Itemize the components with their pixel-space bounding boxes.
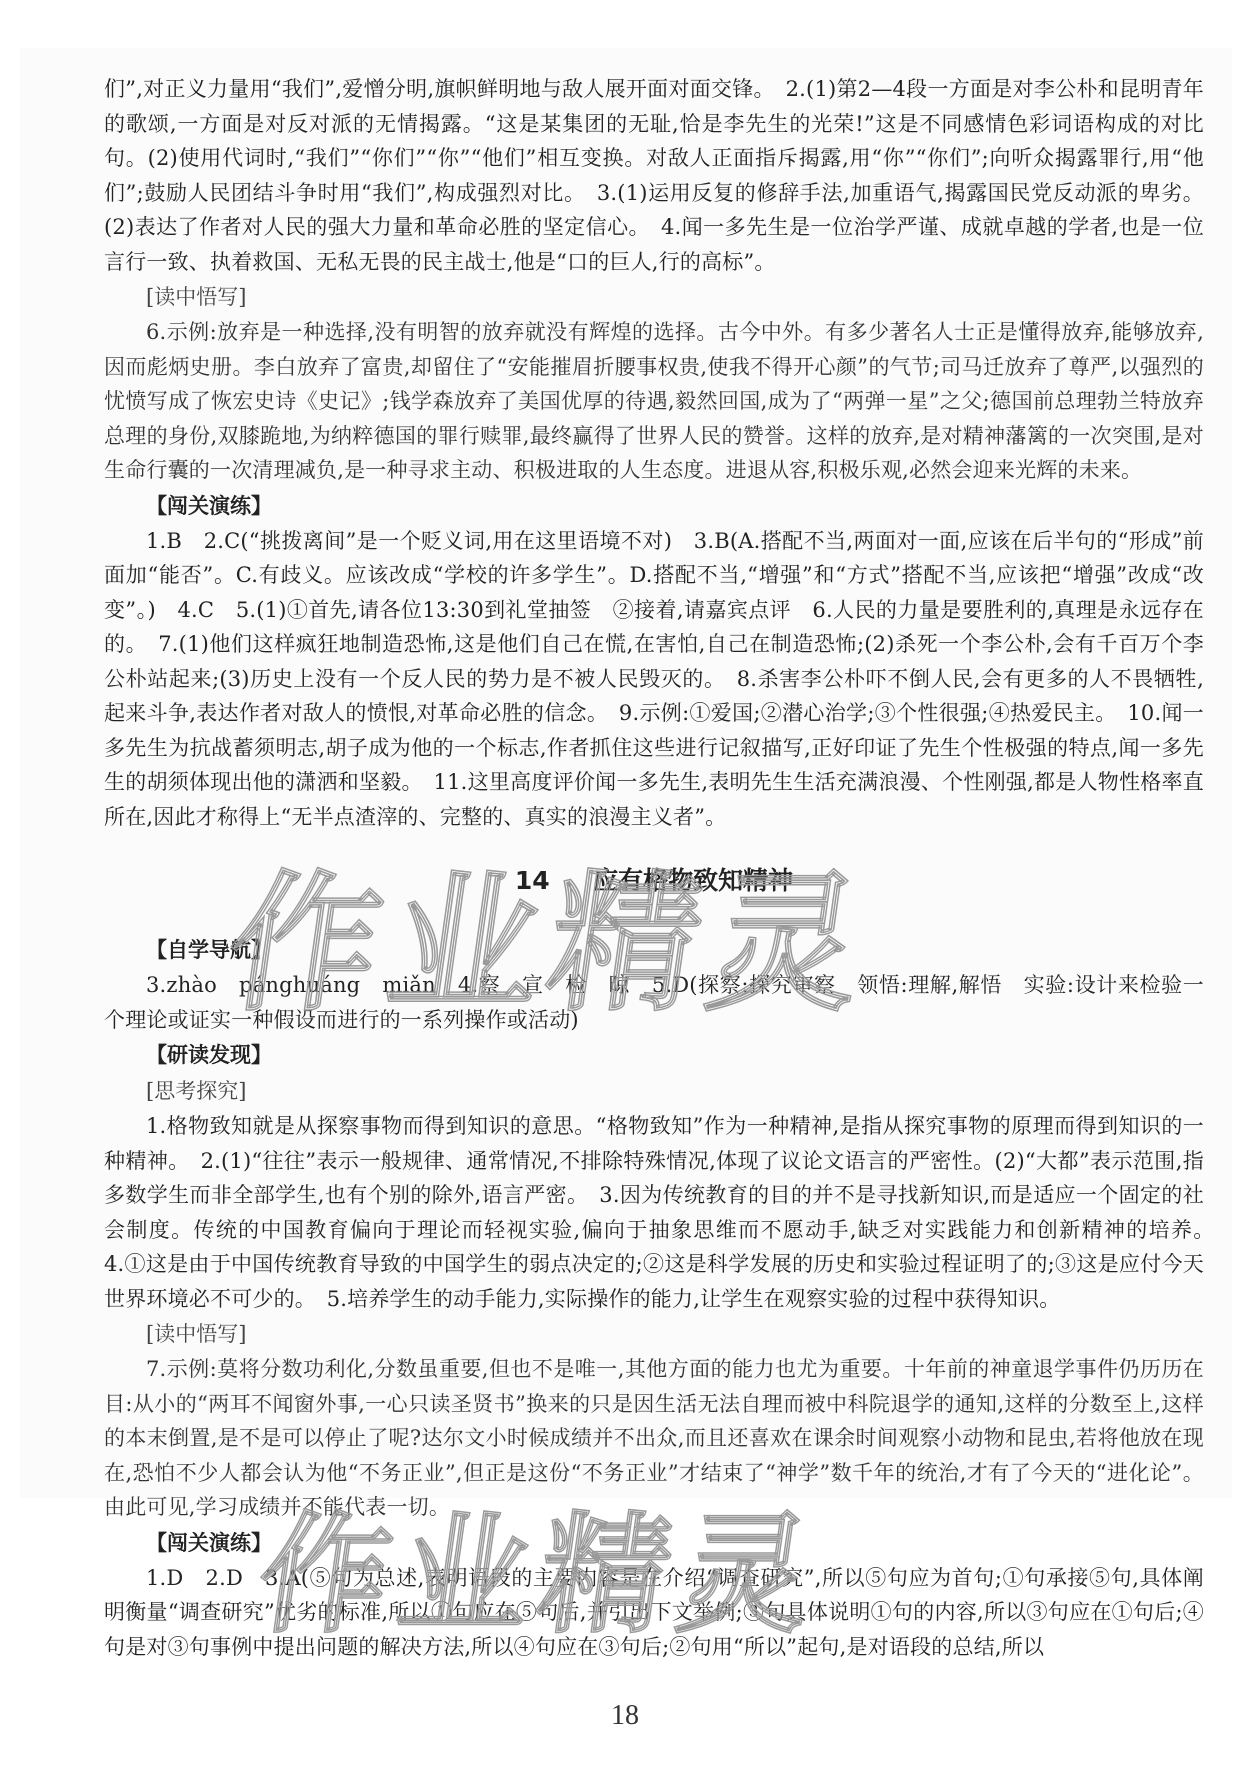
heading-practice: 【闯关演练】 [104, 488, 1204, 524]
chapter-name: 应有格物致知精神 [593, 866, 793, 895]
chapter-number: 14 [515, 866, 550, 895]
page-content: 们”,对正义力量用“我们”,爱憎分明,旗帜鲜明地与敌人展开面对面交锋。 2.(1… [104, 72, 1204, 1664]
answer-paragraph-self-study: 3.zhào pánghuáng miǎn 4.察 宣 检 晾 5.D(探察:探… [104, 968, 1204, 1037]
answer-paragraph-lesson13-reading: 6.示例:放弃是一种选择,没有明智的放弃就没有辉煌的选择。古今中外。有多少著名人… [104, 315, 1204, 488]
subheading-reading-writing-2: [读中悟写] [104, 1316, 1204, 1352]
subheading-reading-writing: [读中悟写] [104, 279, 1204, 315]
subheading-thinking: [思考探究] [104, 1073, 1204, 1109]
answer-paragraph-lesson13-intro: 们”,对正义力量用“我们”,爱憎分明,旗帜鲜明地与敌人展开面对面交锋。 2.(1… [104, 72, 1204, 279]
heading-practice-2: 【闯关演练】 [104, 1525, 1204, 1561]
answer-paragraph-practice-2: 1.D 2.D 3.A(⑤句为总述,表明语段的主要内容是在介绍“调查研究”,所以… [104, 1561, 1204, 1665]
heading-research: 【研读发现】 [104, 1037, 1204, 1073]
chapter-title: 14 应有格物致知精神 [104, 856, 1204, 906]
answer-paragraph-reading-2: 7.示例:莫将分数功利化,分数虽重要,但也不是唯一,其他方面的能力也尤为重要。十… [104, 1352, 1204, 1525]
document-page: 们”,对正义力量用“我们”,爱憎分明,旗帜鲜明地与敌人展开面对面交锋。 2.(1… [20, 48, 1232, 1498]
answer-paragraph-thinking: 1.格物致知就是从探察事物而得到知识的意思。“格物致知”作为一种精神,是指从探究… [104, 1109, 1204, 1316]
answer-paragraph-lesson13-practice: 1.B 2.C(“挑拨离间”是一个贬义词,用在这里语境不对) 3.B(A.搭配不… [104, 524, 1204, 835]
page-number: 18 [0, 1700, 1250, 1732]
heading-self-study: 【自学导航】 [104, 932, 1204, 968]
